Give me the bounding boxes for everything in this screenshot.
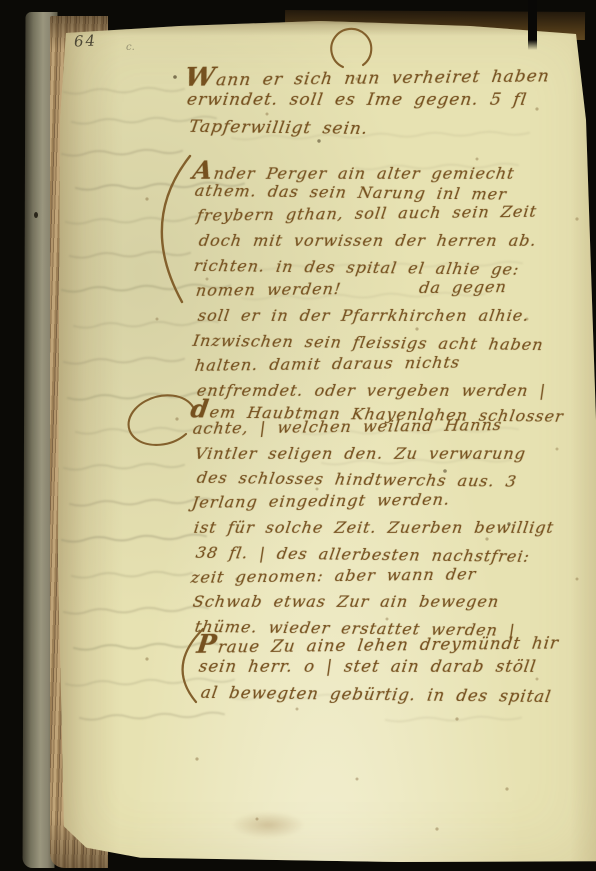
handwriting-line: halten. damit daraus nichts: [194, 353, 462, 375]
handwriting-line: Praue Zu aine lehen dreymündt hir: [195, 626, 561, 660]
handwriting-line: soll er in der Pfarrkhirchen alhie.: [197, 306, 531, 325]
handwriting-line: Inzwischen sein fleissigs acht haben: [192, 331, 546, 354]
cover-speck: [34, 212, 38, 218]
handwriting-line: Wann er sich nun verheiret haben: [183, 58, 552, 93]
handwriting-line: nomen werden! da gegen: [195, 277, 508, 300]
handwriting-line: erwindet. soll es Ime gegen. 5 fl: [186, 90, 529, 110]
handwriting-line: zeit genomen: aber wann der: [190, 564, 478, 586]
handwriting-line: Jerlang eingedingt werden.: [191, 490, 452, 512]
handwriting-line: ist für solche Zeit. Zuerben bewilligt: [193, 518, 556, 537]
handwriting-line: Schwab etwas Zur ain bewegen: [192, 592, 501, 611]
handwriting-line: des schlosses hindtwerchs aus. 3: [196, 468, 519, 491]
handwriting-line: sein herr. o | stet ain darab stöll: [198, 657, 538, 676]
handwriting-line: Vintler seligen den. Zu verwarung: [194, 444, 528, 463]
archival-photo: 64 c. Wann er sich nun verheiret habener…: [0, 0, 596, 871]
handwriting-line: richten. in des spital el alhie ge:: [193, 256, 521, 279]
handwriting-line: doch mit vorwissen der herren ab.: [198, 231, 538, 250]
handwriting-line: al bewegten gebürtig. in des spital: [200, 683, 553, 706]
handwriting-line: 38 fl. | des allerbesten nachstfrei:: [195, 543, 532, 566]
handwriting-block: Wann er sich nun verheiret habenerwindet…: [56, 18, 596, 868]
handwriting-line: athem. das sein Narung inl mer: [194, 181, 509, 204]
handwriting-line: Tapferwilligt sein.: [187, 117, 369, 139]
handwriting-line: freybern gthan, soll auch sein Zeit: [196, 202, 538, 225]
background-notch: [528, 0, 537, 50]
manuscript-page: 64 c. Wann er sich nun verheiret habener…: [56, 18, 596, 868]
handwriting-line: achte, | welchen weiland Hanns: [192, 415, 504, 438]
